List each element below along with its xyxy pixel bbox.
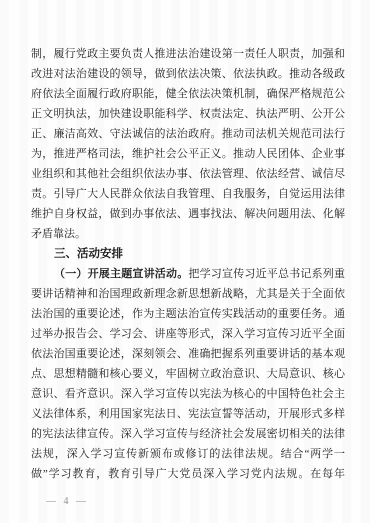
body-text-line: 的宪法法律宣传。深入学习宣传与经济社会发展密切相关的法律: [31, 424, 345, 444]
body-text-line: 意识、看齐意识。深入学习宣传以宪法为核心的中国特色社会主: [31, 384, 345, 404]
body-text-line: 责。引导广大人民群众依法自我管理、自我服务，自觉运用法律: [31, 184, 345, 204]
body-text-line: 府依法全面履行政府职能，健全依法决策机制，确保严格规范公: [31, 84, 345, 104]
body-text-line: 做”学习教育，教育引导广大党员深入学习党内法规。在每年: [31, 464, 345, 484]
document-text-block: 制，履行党政主要负责人推进法治建设第一责任人职责，加强和 改进对法治建设的领导，…: [31, 44, 345, 484]
body-text-line: 业组织和其他社会组织依法办事、依法管理、依法经营、诚信尽: [31, 164, 345, 184]
page-number: — 4 —: [46, 496, 89, 507]
body-text-line: 正文明执法，加快建设职能科学、权责法定、执法严明、公开公: [31, 104, 345, 124]
body-text-line: 法治国的重要论述，作为主题法治宣传实践活动的重要任务。通: [31, 304, 345, 324]
body-text-line: 义法律体系，利用国家宪法日、宪法宣誓等活动，开展形式多样: [31, 404, 345, 424]
body-text-line: 为，推进严格司法，维护社会公平正义。推动人民团体、企业事: [31, 144, 345, 164]
body-text-line: 制，履行党政主要负责人推进法治建设第一责任人职责，加强和: [31, 44, 345, 64]
body-text-line: 依法治国重要论述，深刻领会、准确把握系列重要讲话的基本观: [31, 344, 345, 364]
body-text-line: 改进对法治建设的领导，做到依法决策、依法执政。推动各级政: [31, 64, 345, 84]
body-text-line: 过举办报告会、学习会、讲座等形式，深入学习宣传习近平全面: [31, 324, 345, 344]
section-heading: 三、活动安排: [31, 244, 345, 264]
body-text-line: （一）开展主题宣讲活动。把学习宣传习近平总书记系列重: [31, 264, 345, 284]
body-text-line: 法规，深入学习宣传新颁布或修订的法律法规。结合“两学一: [31, 444, 345, 464]
document-page: 制，履行党政主要负责人推进法治建设第一责任人职责，加强和 改进对法治建设的领导，…: [0, 0, 377, 523]
body-text-line: 维护自身权益，做到办事依法、遇事找法、解决问题用法、化解: [31, 204, 345, 224]
item-first-line-text: 把学习宣传习近平总书记系列重: [188, 268, 345, 280]
body-text-line: 点、思想精髓和核心要义，牢固树立政治意识、大局意识、核心: [31, 364, 345, 384]
paragraph-1: 制，履行党政主要负责人推进法治建设第一责任人职责，加强和 改进对法治建设的领导，…: [31, 44, 345, 244]
body-text-line: 正、廉洁高效、守法诚信的法治政府。推动司法机关规范司法行: [31, 124, 345, 144]
item-heading: （一）开展主题宣讲活动。: [54, 268, 188, 280]
body-text-line: 矛盾靠法。: [31, 224, 345, 244]
body-text-line: 要讲话精神和治国理政新理念新思想新战略，尤其是关于全面依: [31, 284, 345, 304]
paragraph-2: （一）开展主题宣讲活动。把学习宣传习近平总书记系列重 要讲话精神和治国理政新理念…: [31, 264, 345, 484]
